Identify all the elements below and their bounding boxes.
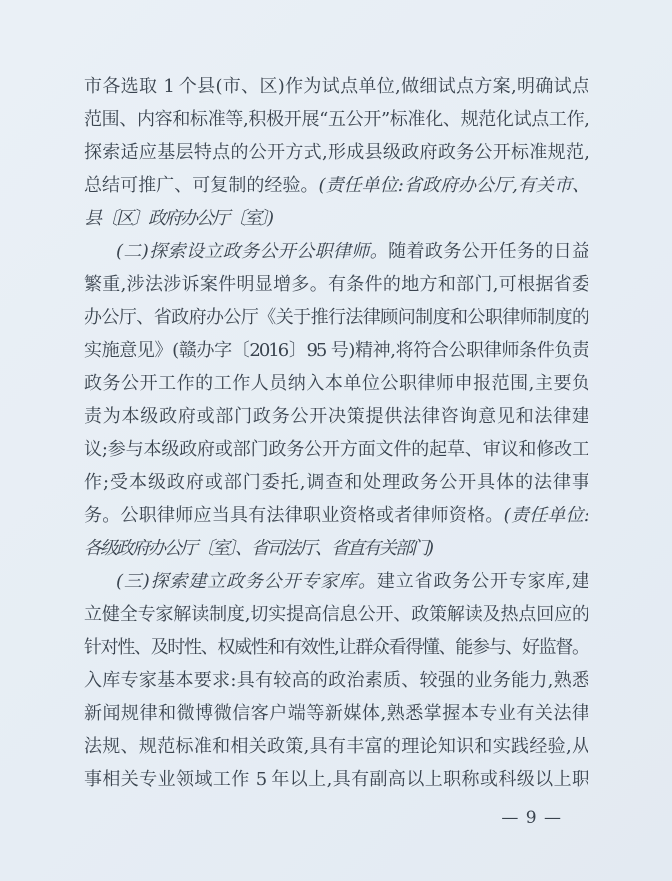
- kai-text-segment: 各级政府办公厅〔室〕、省司法厅、省直有关部门): [84, 538, 432, 559]
- document-body: 市各选取 1 个县(市、区)作为试点单位,做细试点方案,明确试点范围、内容和标准…: [84, 70, 588, 796]
- text-line: 办公厅、省政府办公厅《关于推行法律顾问制度和公职律师制度的: [84, 301, 588, 334]
- song-text-segment: 实施意见》(赣办字〔2016〕95 号)精神,将符合公职律师条件负责: [84, 340, 588, 361]
- text-line: 事相关专业领域工作 5 年以上,具有副高以上职称或科级以上职: [84, 763, 588, 796]
- kai-text-segment: (责任单位:省政府办公厅,有关市、: [319, 175, 588, 196]
- kai-text-segment: (三)探索建立政务公开专家库。: [116, 571, 377, 592]
- text-line: 繁重,涉法涉诉案件明显增多。有条件的地方和部门,可根据省委: [84, 268, 588, 301]
- song-text-segment: 探索适应基层特点的公开方式,形成县级政府政务公开标准规范,: [84, 142, 588, 163]
- text-line: 作;受本级政府或部门委托,调查和处理政务公开具体的法律事: [84, 466, 588, 499]
- song-text-segment: 范围、内容和标准等,积极开展“五公开”标准化、规范化试点工作,: [84, 109, 588, 130]
- text-line: 探索适应基层特点的公开方式,形成县级政府政务公开标准规范,: [84, 136, 588, 169]
- song-text-segment: 事相关专业领域工作 5 年以上,具有副高以上职称或科级以上职: [84, 769, 588, 790]
- song-text-segment: 务。公职律师应当具有法律职业资格或者律师资格。: [84, 505, 504, 526]
- text-line: (三)探索建立政务公开专家库。建立省政务公开专家库,建: [84, 565, 588, 598]
- text-line: 实施意见》(赣办字〔2016〕95 号)精神,将符合公职律师条件负责: [84, 334, 588, 367]
- song-text-segment: 责为本级政府或部门政务公开决策提供法律咨询意见和法律建: [84, 406, 588, 427]
- text-line: 政务公开工作的工作人员纳入本单位公职律师申报范围,主要负: [84, 367, 588, 400]
- song-text-segment: 繁重,涉法涉诉案件明显增多。有条件的地方和部门,可根据省委: [84, 274, 588, 295]
- song-text-segment: 入库专家基本要求:具有较高的政治素质、较强的业务能力,熟悉: [84, 670, 588, 691]
- text-line: 总结可推广、可复制的经验。(责任单位:省政府办公厅,有关市、: [84, 169, 588, 202]
- text-line: 针对性、及时性、权威性和有效性,让群众看得懂、能参与、好监督。: [84, 631, 588, 664]
- kai-text-segment: (二)探索设立政务公开公职律师。: [116, 241, 388, 262]
- song-text-segment: 办公厅、省政府办公厅《关于推行法律顾问制度和公职律师制度的: [84, 307, 588, 328]
- text-line: 入库专家基本要求:具有较高的政治素质、较强的业务能力,熟悉: [84, 664, 588, 697]
- song-text-segment: 针对性、及时性、权威性和有效性,让群众看得懂、能参与、好监督。: [84, 637, 588, 658]
- song-text-segment: 立健全专家解读制度,切实提高信息公开、政策解读及热点回应的: [84, 604, 588, 625]
- text-line: 立健全专家解读制度,切实提高信息公开、政策解读及热点回应的: [84, 598, 588, 631]
- text-line: 新闻规律和微博微信客户端等新媒体,熟悉掌握本专业有关法律: [84, 697, 588, 730]
- text-line: 法规、规范标准和相关政策,具有丰富的理论知识和实践经验,从: [84, 730, 588, 763]
- text-line: 市各选取 1 个县(市、区)作为试点单位,做细试点方案,明确试点: [84, 70, 588, 103]
- song-text-segment: 市各选取 1 个县(市、区)作为试点单位,做细试点方案,明确试点: [84, 76, 588, 97]
- song-text-segment: 作;受本级政府或部门委托,调查和处理政务公开具体的法律事: [84, 472, 588, 493]
- page-number: — 9 —: [501, 806, 562, 830]
- kai-text-segment: (责任单位:: [504, 505, 588, 526]
- kai-text-segment: 县〔区〕政府办公厅〔室〕): [84, 208, 272, 229]
- text-line: 责为本级政府或部门政务公开决策提供法律咨询意见和法律建: [84, 400, 588, 433]
- text-line: 各级政府办公厅〔室〕、省司法厅、省直有关部门): [84, 532, 588, 565]
- text-line: 县〔区〕政府办公厅〔室〕): [84, 202, 588, 235]
- song-text-segment: 法规、规范标准和相关政策,具有丰富的理论知识和实践经验,从: [84, 736, 588, 757]
- text-line: (二)探索设立政务公开公职律师。随着政务公开任务的日益: [84, 235, 588, 268]
- text-line: 务。公职律师应当具有法律职业资格或者律师资格。(责任单位:: [84, 499, 588, 532]
- song-text-segment: 建立省政务公开专家库,建: [377, 571, 588, 592]
- text-line: 范围、内容和标准等,积极开展“五公开”标准化、规范化试点工作,: [84, 103, 588, 136]
- song-text-segment: 新闻规律和微博微信客户端等新媒体,熟悉掌握本专业有关法律: [84, 703, 588, 724]
- scanned-document-page: 市各选取 1 个县(市、区)作为试点单位,做细试点方案,明确试点范围、内容和标准…: [0, 0, 672, 881]
- text-line: 议;参与本级政府或部门政务公开方面文件的起草、审议和修改工: [84, 433, 588, 466]
- song-text-segment: 总结可推广、可复制的经验。: [84, 175, 319, 196]
- song-text-segment: 议;参与本级政府或部门政务公开方面文件的起草、审议和修改工: [84, 439, 588, 460]
- song-text-segment: 政务公开工作的工作人员纳入本单位公职律师申报范围,主要负: [84, 373, 588, 394]
- song-text-segment: 随着政务公开任务的日益: [388, 241, 588, 262]
